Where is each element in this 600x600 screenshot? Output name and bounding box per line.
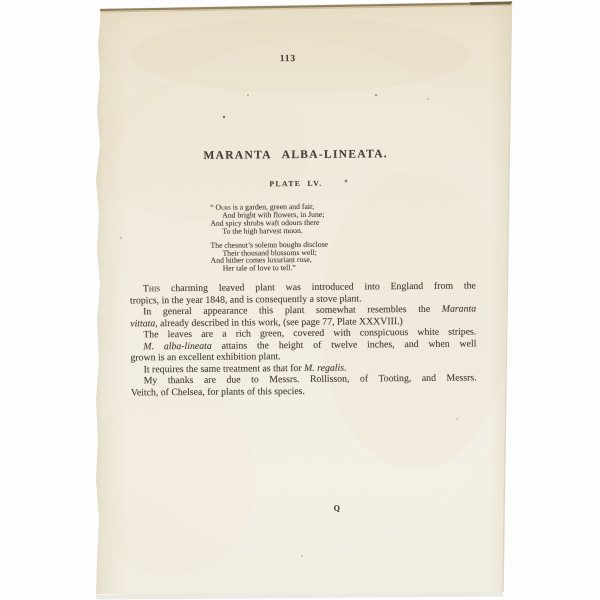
text-segment: M. regalis [304,362,344,373]
poem-line: To the high harvest moon. [210,226,328,235]
body-text: This charming leaved plant was introduce… [130,280,477,398]
text-segment: To the high harvest moon. [222,226,302,236]
text-segment: charming leaved plant was introduced int… [160,280,476,294]
poem-line: Her tale of love to tell.” [211,264,329,273]
text-segment: M. alba-lineata [143,340,211,352]
body-text-line: Veitch, of Chelsea, for plants of this s… [131,384,477,399]
text-segment: Maranta [442,303,476,314]
poem-stanza: The chesnut’s solemn boughs discloseThei… [210,240,328,273]
text-segment: grown is an excellent exhibition plant. [130,351,280,363]
text-segment: It requires the same treatment as that f… [144,362,305,374]
signature-mark: Q [302,503,372,513]
poem-stanza: “ Ours is a garden, green and fair,And b… [210,203,328,236]
page-content: 113 MARANTA ALBA-LINEATA. PLATE LV. “ Ou… [0,0,600,600]
scanned-book-page-photo: 113 MARANTA ALBA-LINEATA. PLATE LV. “ Ou… [0,0,600,600]
text-segment: attains the height of twelve inches, and… [212,338,477,351]
text-segment: Her tale of love to tell.” [223,263,296,273]
text-segment: . [344,362,347,373]
page-number: 113 [118,53,458,66]
page-title: MARANTA ALBA-LINEATA. [111,147,481,162]
poem-quote: “ Ours is a garden, green and fair,And b… [210,203,328,273]
plate-caption: PLATE LV. [111,177,481,189]
text-segment: This [143,283,160,294]
text-segment: Veitch, of Chelsea, for plants of this s… [131,385,305,398]
text-segment: My thanks are due to Messrs. Rollisson, … [144,372,477,386]
text-segment: vittata [130,318,155,329]
